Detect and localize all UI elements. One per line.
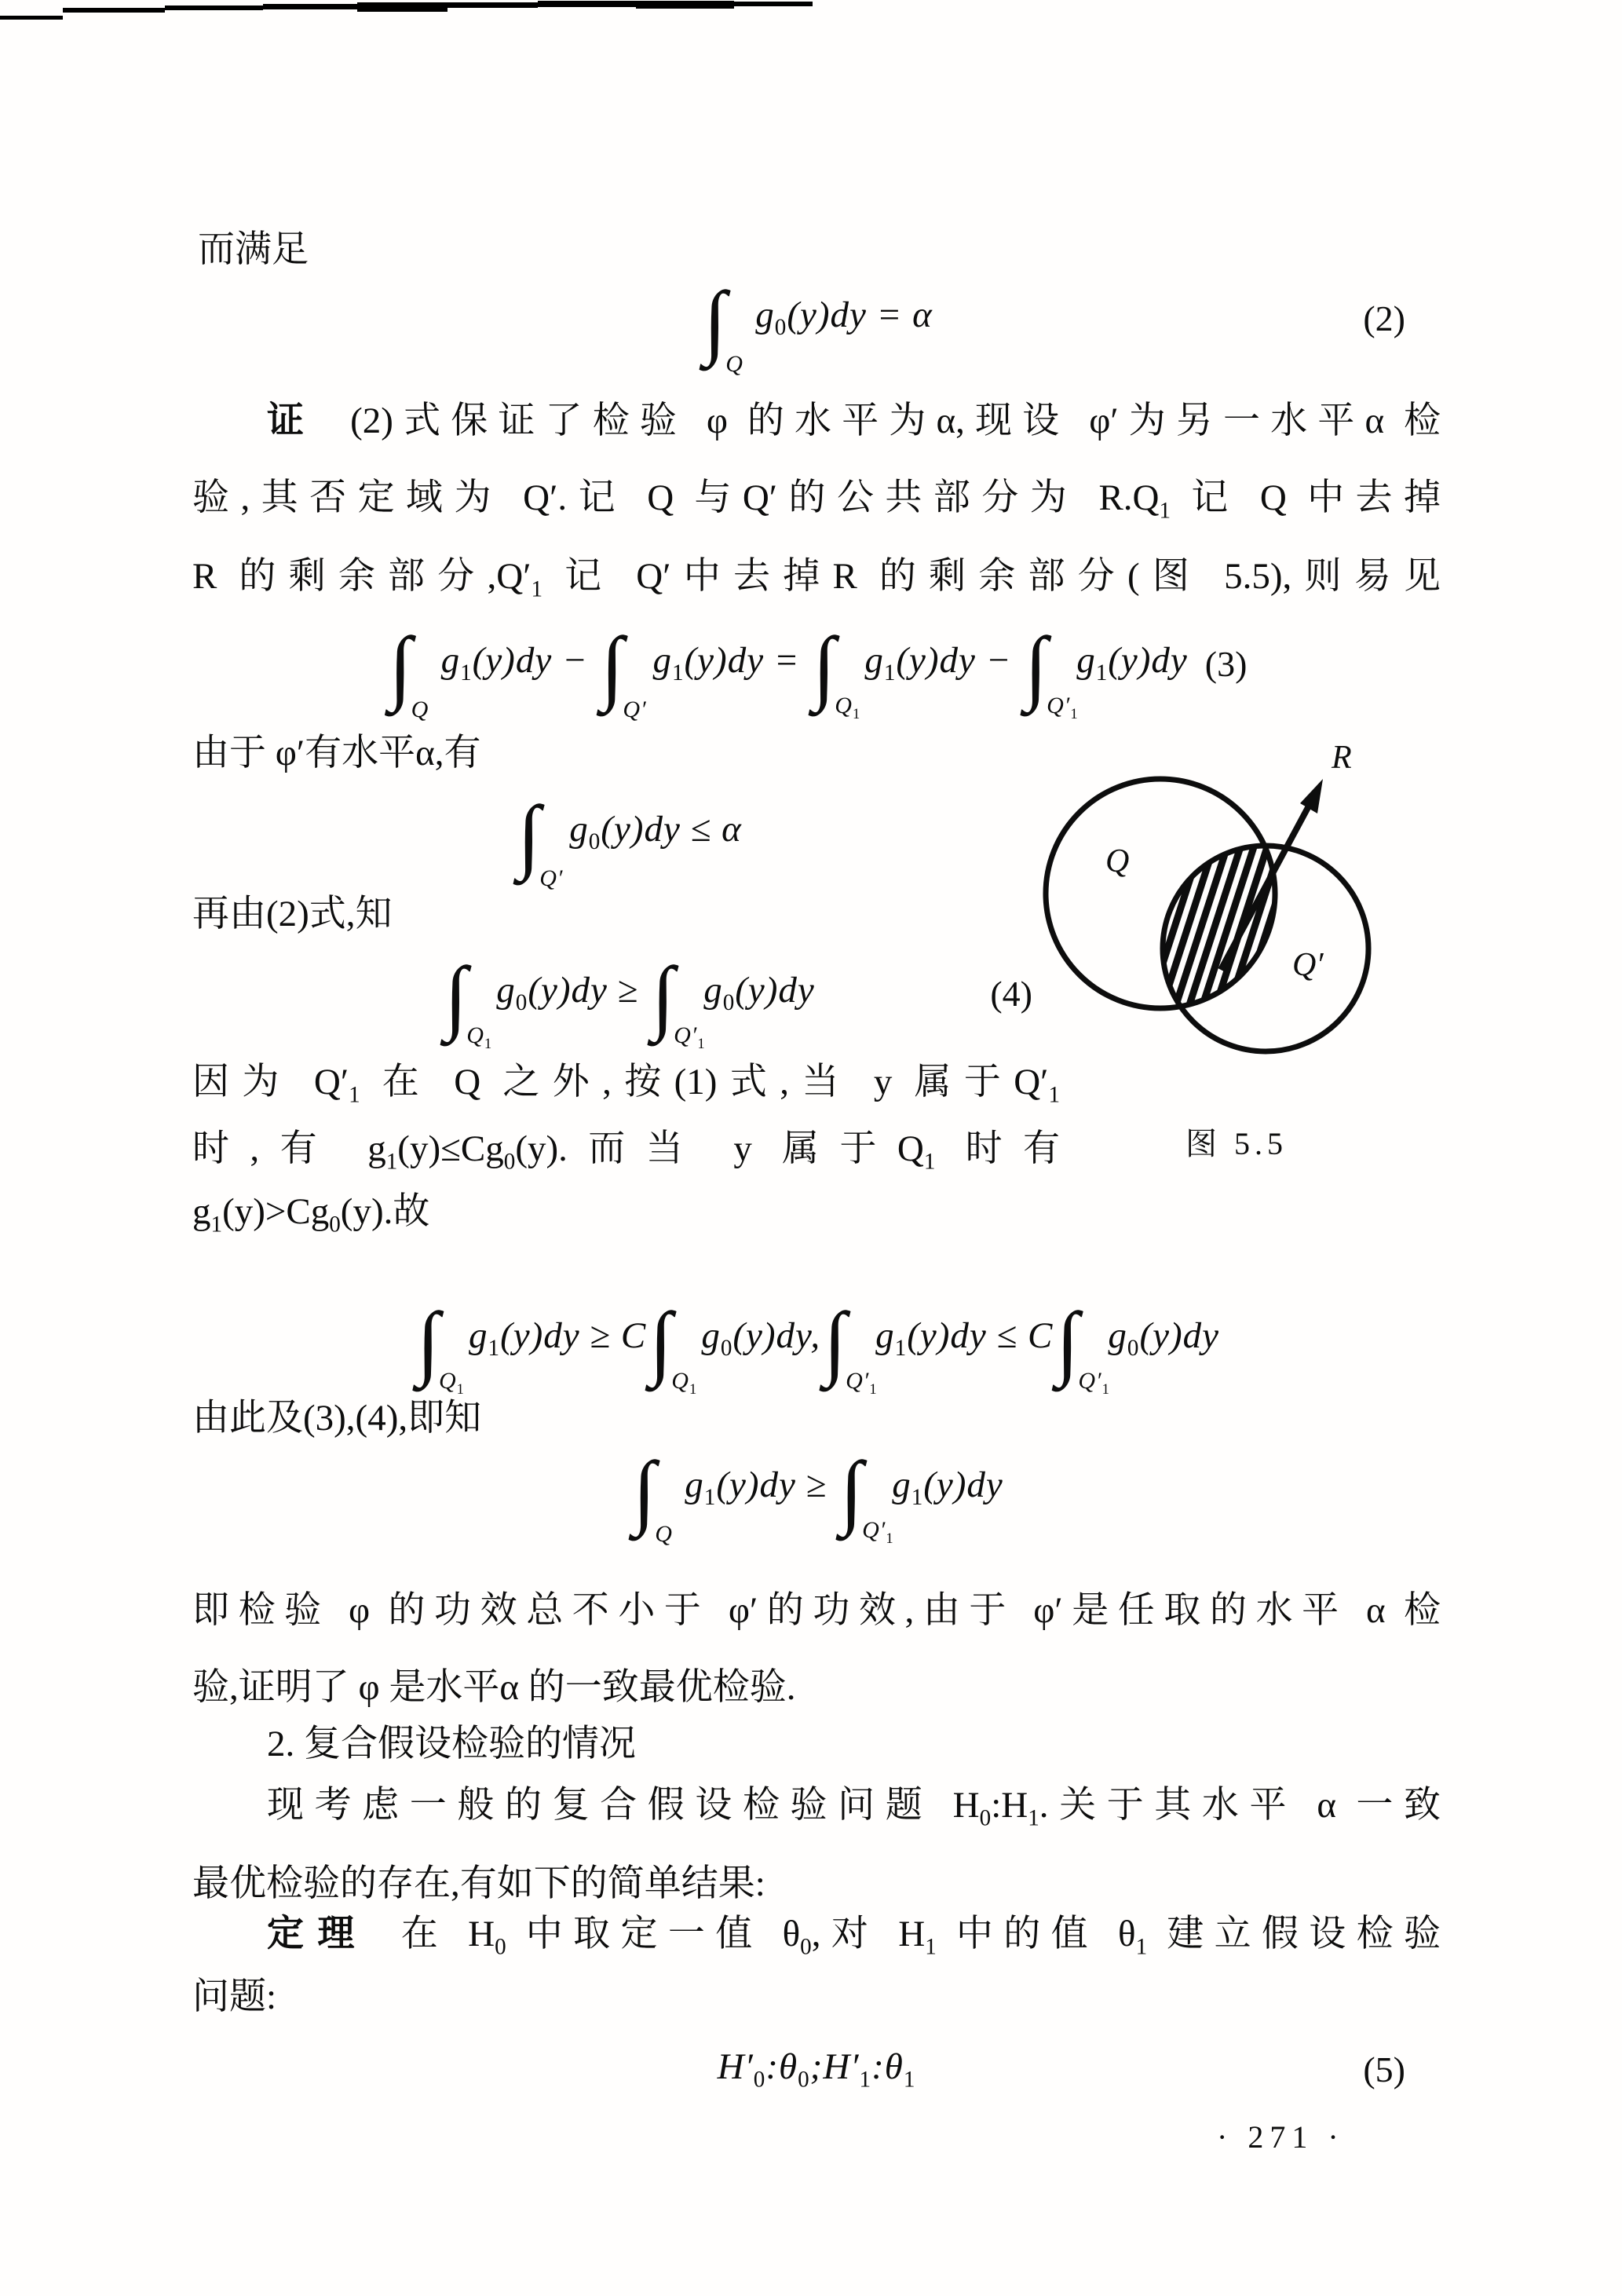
scan-artifact-line (357, 2, 448, 12)
scan-artifact-line (63, 8, 165, 13)
equation-3: ∫Qg1(y)dy − ∫Q′g1(y)dy = ∫Q1g1(y)dy − ∫Q… (192, 605, 1441, 722)
theorem-line-1: 定理在 H0 中取定一值 θ0,对 H1 中的值 θ1 建立假设检验 (267, 1910, 1441, 1960)
paragraph-4-line-2: 最优检验的存在,有如下的简单结果: (192, 1859, 765, 1910)
scan-artifact-line (734, 2, 813, 6)
equation-5: H′0:θ0;H′1:θ1 (5) (192, 2030, 1441, 2108)
proof-paragraph-line-3: R 的剩余部分,Q′1 记 Q′中去掉R 的剩余部分(图 5.5),则易见 (192, 552, 1441, 602)
scan-artifact-line (165, 5, 263, 10)
theorem-line-1-text: 在 H0 中取定一值 θ0,对 H1 中的值 θ1 建立假设检验 (401, 1914, 1441, 1954)
paragraph-2-line-1: 因为 Q′1 在 Q 之外,按(1)式,当 y 属于Q′1 (192, 1058, 1060, 1108)
scan-artifact-line (263, 4, 357, 9)
figure-label-r: R (1331, 740, 1352, 776)
theorem-line-2: 问题: (192, 1972, 276, 2023)
equation-3-tag: (3) (1205, 643, 1248, 685)
proof-label: 证 (267, 400, 317, 441)
paragraph-3-line-1: 即检验 φ 的功效总不小于 φ′的功效,由于 φ′是任取的水平 α 检 (192, 1586, 1441, 1636)
figure-label-q: Q (1105, 843, 1129, 879)
scan-artifact-line (538, 1, 636, 7)
figure-caption: 图 5.5 (1076, 1119, 1397, 1164)
equation-5-tag: (5) (1363, 2049, 1405, 2090)
equation-4-body: ∫Q1g0(y)dy ≥ ∫Q′1g0(y)dy (441, 957, 815, 1029)
equation-2: ∫Qg0(y)dy = α (2) (192, 259, 1441, 377)
section-heading-2: 2. 复合假设检验的情况 (267, 1720, 636, 1770)
paragraph-2-line-2: 时,有 g1(y)≤Cg0(y).而当 y 属于Q1 时有 (192, 1124, 1060, 1175)
equation-b: ∫Q1g1(y)dy ≥ C∫Q1g0(y)dy,∫Q′1g1(y)dy ≤ C… (192, 1280, 1441, 1398)
proof-paragraph-line-1: 证(2)式保证了检验 φ 的水平为α,现设 φ′为另一水平α 检 (267, 397, 1441, 447)
arrowhead-icon (1300, 779, 1323, 813)
paragraph-2-line-3: g1(y)>Cg0(y).故 (192, 1187, 429, 1238)
theorem-label: 定理 (267, 1914, 368, 1954)
figure-5-5: Q Q′ R 图 5.5 (1028, 722, 1429, 1174)
page-number: · 271 · (1217, 2119, 1345, 2155)
text-line-zaiyou: 再由(2)式,知 (192, 890, 393, 940)
scan-artifact-line (636, 1, 734, 9)
equation-5-body: H′0:θ0;H′1:θ1 (718, 2046, 916, 2093)
scan-artifact-line (448, 2, 538, 8)
paragraph-4-line-1: 现考虑一般的复合假设检验问题 H0:H1.关于其水平 α 一致 (267, 1781, 1441, 1831)
equation-a-body: ∫Q′g0(y)dy ≤ α (514, 796, 742, 868)
equation-b-body: ∫Q1g1(y)dy ≥ C∫Q1g0(y)dy,∫Q′1g1(y)dy ≤ C… (414, 1303, 1219, 1375)
intersection-hatching (1076, 801, 1362, 1068)
text-line-youyu: 由于 φ′有水平α,有 (192, 729, 481, 779)
equation-2-tag: (2) (1363, 298, 1405, 339)
equation-4-tag: (4) (990, 973, 1032, 1015)
equation-4: ∫Q1g0(y)dy ≥ ∫Q′1g0(y)dy (4) (192, 934, 1064, 1052)
paragraph-3-line-2: 验,证明了 φ 是水平α 的一致最优检验. (192, 1663, 796, 1713)
equation-2-body: ∫Qg0(y)dy = α (700, 282, 933, 354)
equation-c-body: ∫Qg1(y)dy ≥ ∫Q′1g1(y)dy (630, 1452, 1003, 1524)
arrow-to-r (1221, 790, 1317, 970)
equation-a: ∫Q′g0(y)dy ≤ α (192, 773, 1064, 891)
figure-label-q-prime: Q′ (1292, 947, 1324, 983)
proof-paragraph-line-2: 验,其否定域为 Q′.记 Q 与Q′的公共部分为 R.Q1 记 Q 中去掉 (192, 473, 1441, 524)
scan-artifact-line (0, 16, 63, 20)
proof-line-1-text: (2)式保证了检验 φ 的水平为α,现设 φ′为另一水平α 检 (350, 400, 1441, 441)
equation-c: ∫Qg1(y)dy ≥ ∫Q′1g1(y)dy (192, 1429, 1441, 1547)
book-page: 而满足 ∫Qg0(y)dy = α (2) 证(2)式保证了检验 φ 的水平为α… (0, 0, 1622, 2296)
venn-diagram: Q Q′ R (1028, 722, 1429, 1162)
equation-3-body: ∫Qg1(y)dy − ∫Q′g1(y)dy = ∫Q1g1(y)dy − ∫Q… (386, 627, 1188, 700)
